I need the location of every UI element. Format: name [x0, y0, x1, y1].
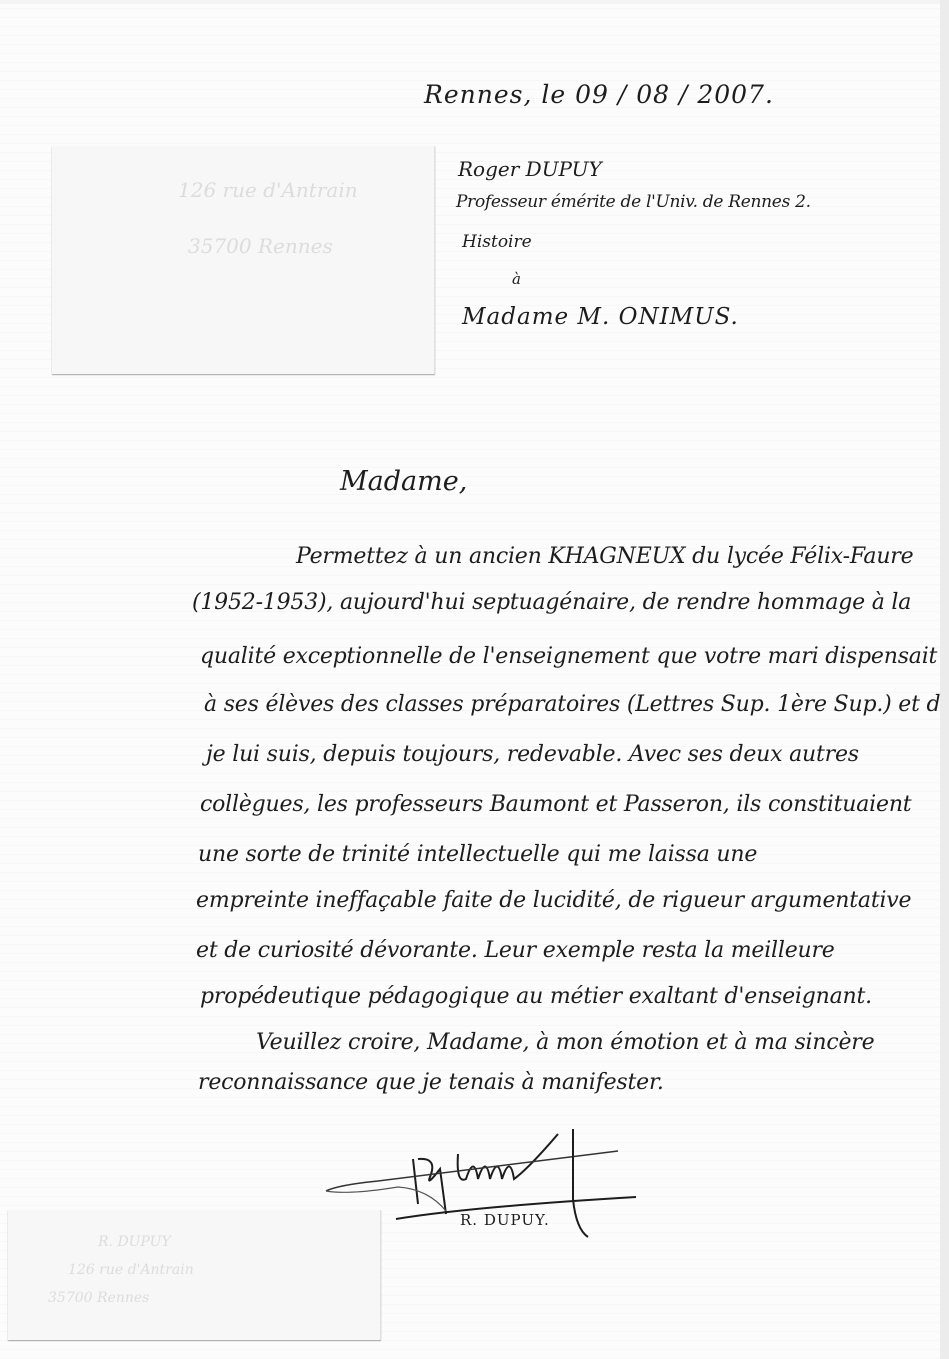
label-bottom-street: 126 rue d'Antrain [68, 1262, 194, 1278]
sender-department: Histoire [462, 232, 532, 252]
address-label-top: 126 rue d'Antrain 35700 Rennes [52, 146, 435, 374]
body-line: une sorte de trinité intellectuelle qui … [198, 842, 757, 867]
recipient: Madame M. ONIMUS. [462, 304, 739, 330]
label-bottom-name: R. DUPUY [98, 1234, 171, 1250]
place-date: Rennes, le 09 / 08 / 2007. [424, 80, 774, 109]
letter-page: 126 rue d'Antrain 35700 Rennes Rennes, l… [0, 4, 940, 1359]
body-line: empreinte ineffaçable faite de lucidité,… [196, 888, 911, 913]
signer-name: R. DUPUY. [460, 1211, 550, 1229]
to-marker: à [512, 270, 521, 288]
closing-line: reconnaissance que je tenais à manifeste… [198, 1070, 664, 1095]
scan-edge [940, 0, 949, 1359]
label-top-city: 35700 Rennes [188, 234, 333, 258]
body-line: et de curiosité dévorante. Leur exemple … [196, 938, 835, 963]
salutation: Madame, [340, 466, 467, 497]
body-line: (1952-1953), aujourd'hui septuagénaire, … [192, 590, 911, 615]
address-label-bottom: R. DUPUY 126 rue d'Antrain 35700 Rennes [8, 1210, 381, 1340]
body-line: à ses élèves des classes préparatoires (… [204, 692, 949, 717]
label-bottom-city: 35700 Rennes [48, 1290, 149, 1306]
sender-title: Professeur émérite de l'Univ. de Rennes … [456, 192, 811, 212]
body-line: je lui suis, depuis toujours, redevable.… [206, 742, 859, 767]
body-line: Permettez à un ancien KHAGNEUX du lycée … [296, 544, 913, 569]
label-top-street: 126 rue d'Antrain [178, 178, 358, 202]
body-line: propédeutique pédagogique au métier exal… [200, 984, 872, 1009]
body-line: collègues, les professeurs Baumont et Pa… [200, 792, 911, 817]
sender-name: Roger DUPUY [458, 157, 602, 181]
closing-line: Veuillez croire, Madame, à mon émotion e… [256, 1030, 874, 1055]
body-line: qualité exceptionnelle de l'enseignement… [200, 644, 937, 669]
